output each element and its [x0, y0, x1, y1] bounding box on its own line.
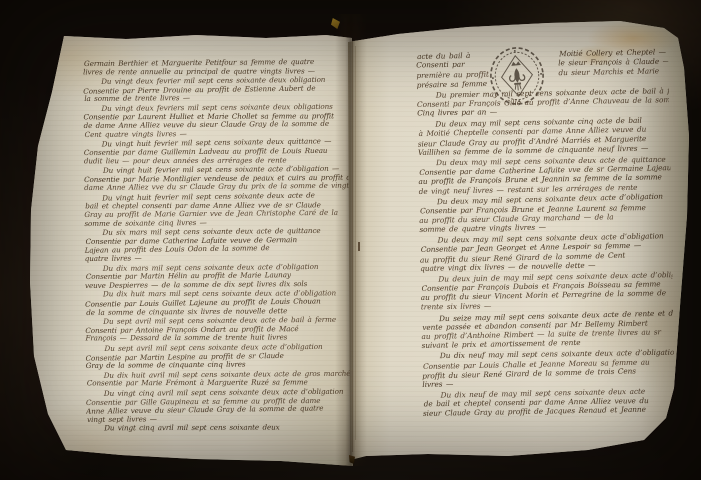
left-page-text: Germain Berthier et Marguerite Petitfour…: [83, 58, 356, 442]
under-leaf-edge: [355, 46, 356, 440]
under-leaf-edge: [352, 22, 353, 452]
archive-photo: Germain Berthier et Marguerite Petitfour…: [0, 0, 701, 480]
margin-ink-mark: [358, 242, 360, 251]
manuscript-line: Du vingt cinq avril mil sept cens soixan…: [86, 424, 356, 434]
left-page: Germain Berthier et Marguerite Petitfour…: [26, 30, 353, 468]
right-page: acte du bail àMoitié Collery et Cheptel …: [348, 16, 696, 460]
right-page-text: acte du bail àMoitié Collery et Cheptel …: [416, 47, 675, 430]
binding-thread-top-icon: [331, 18, 340, 29]
